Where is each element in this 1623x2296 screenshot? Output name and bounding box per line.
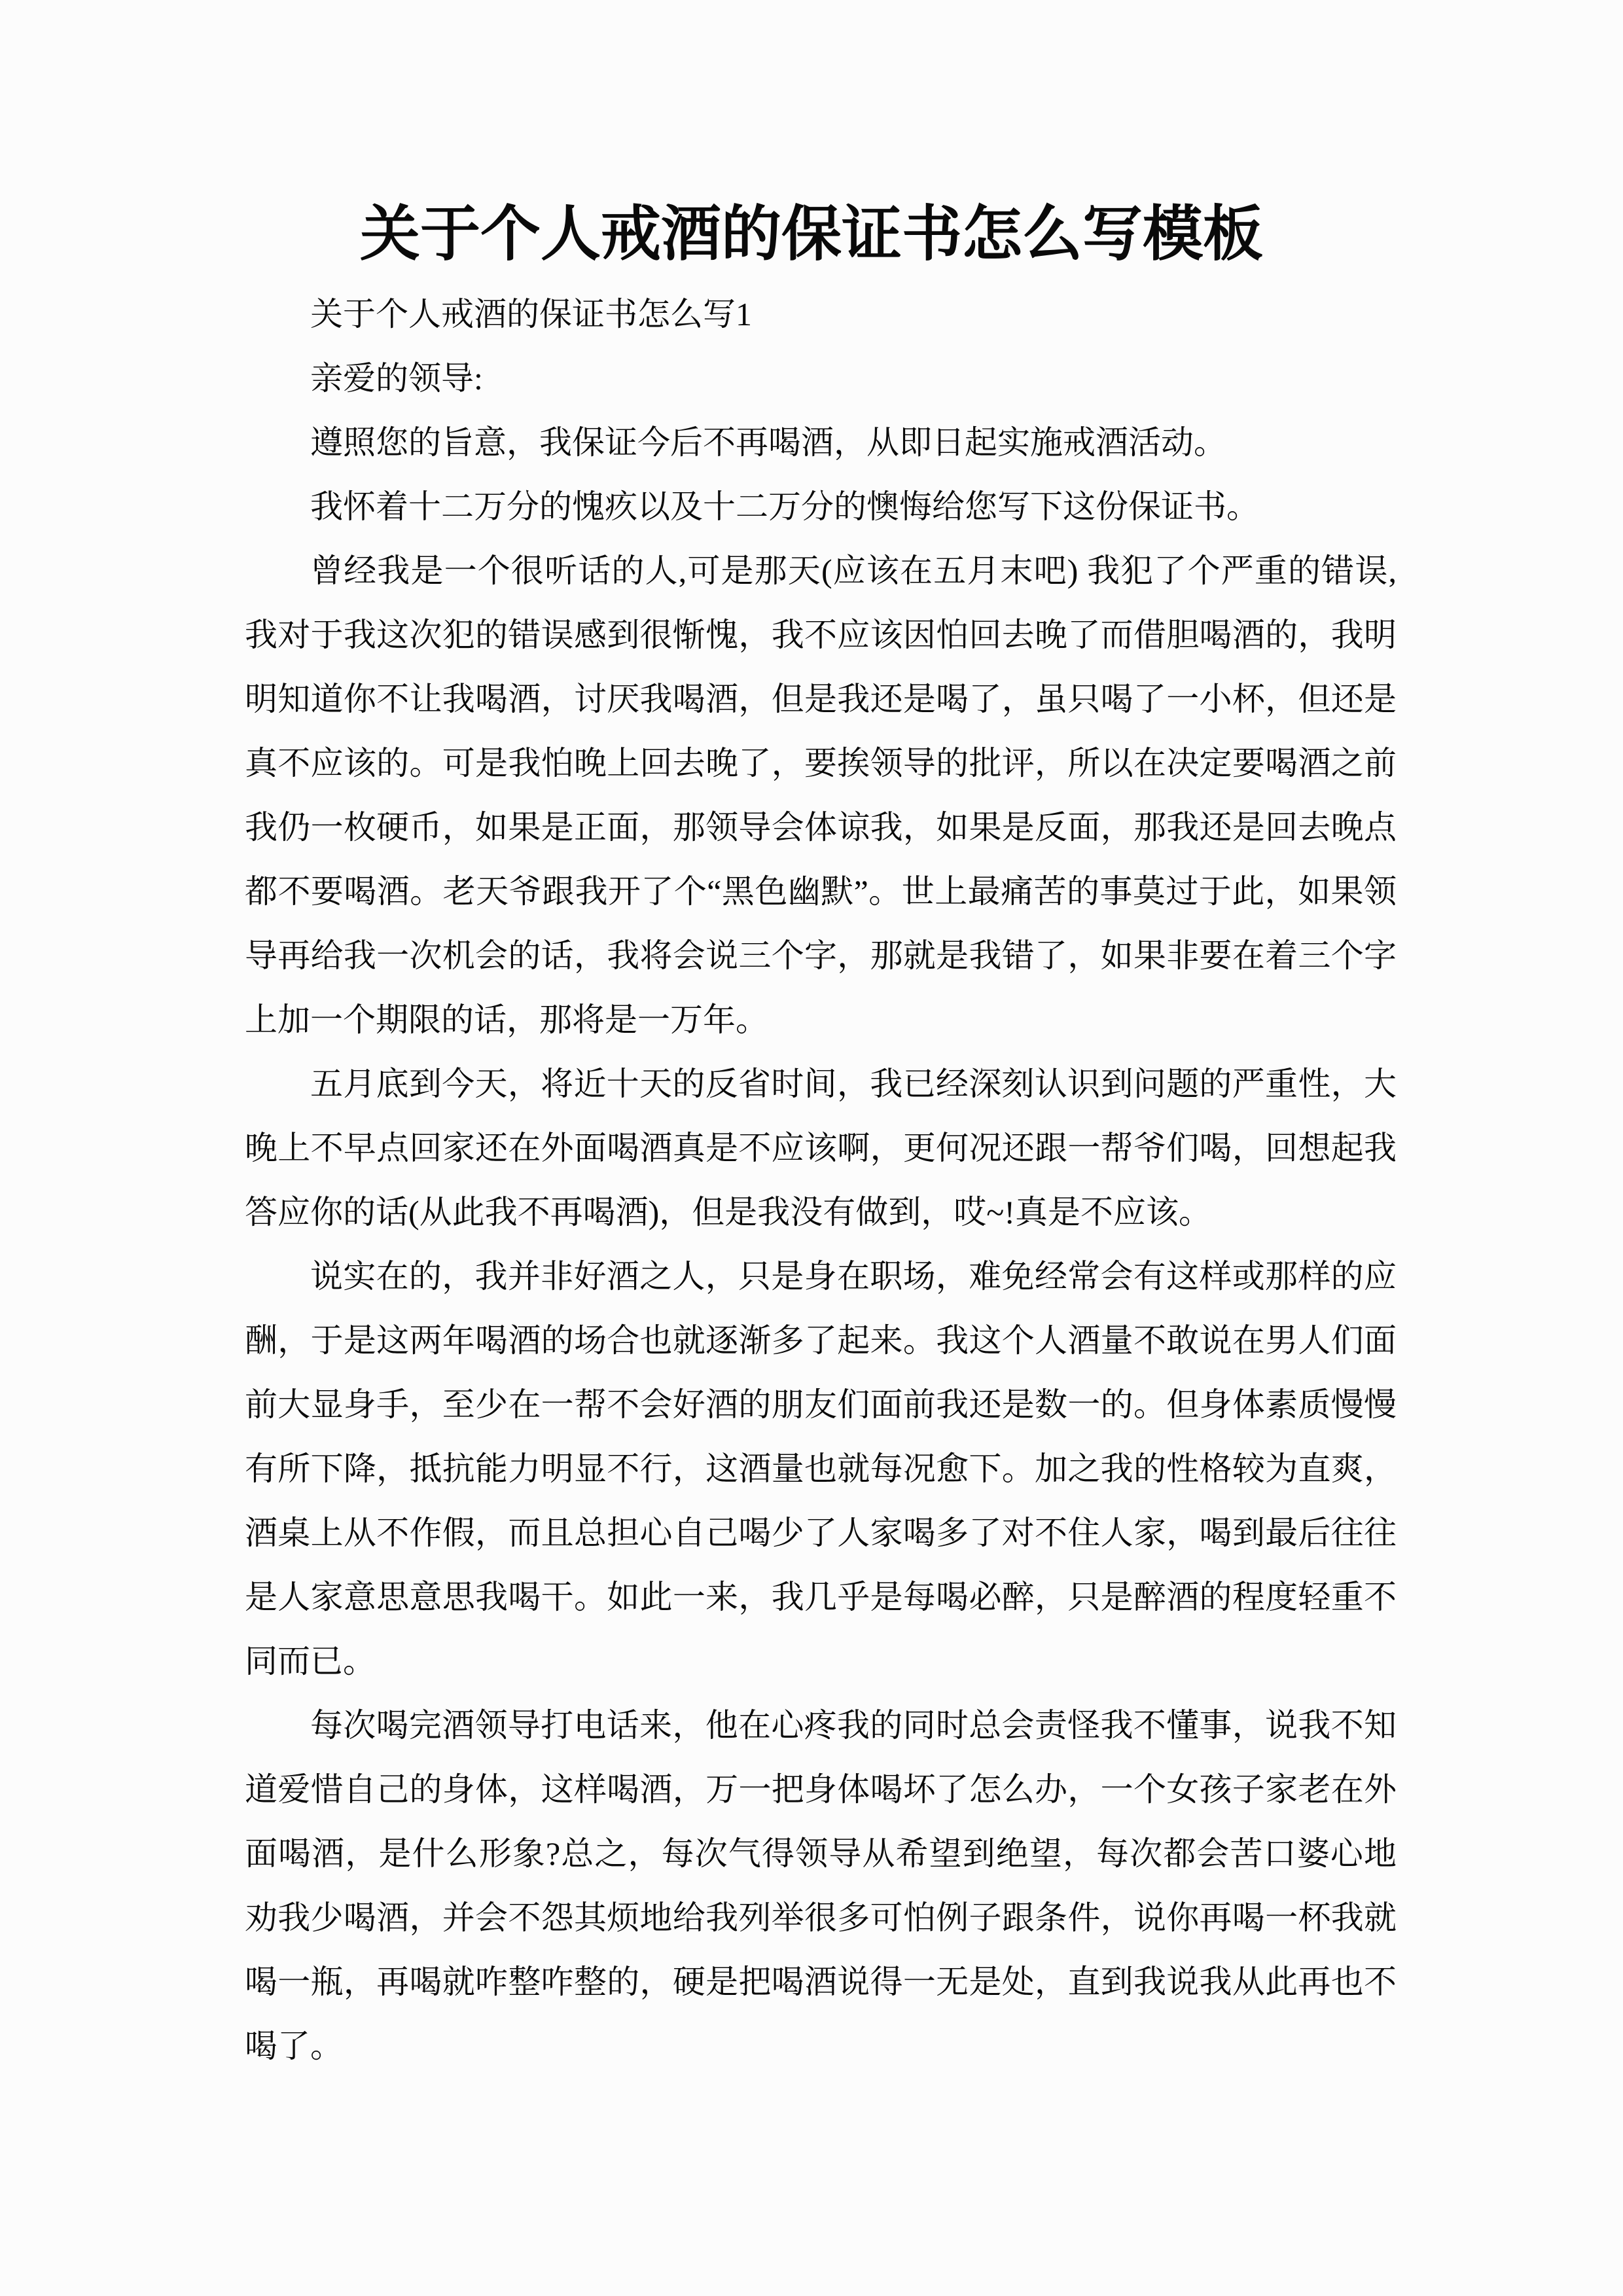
paragraph: 遵照您的旨意，我保证今后不再喝酒，从即日起实施戒酒活动。: [245, 410, 1397, 475]
paragraph: 我怀着十二万分的愧疚以及十二万分的懊悔给您写下这份保证书。: [245, 475, 1397, 539]
document-body: 关于个人戒酒的保证书怎么写1 亲爱的领导: 遵照您的旨意，我保证今后不再喝酒，从…: [245, 282, 1397, 2078]
paragraph: 五月底到今天，将近十天的反省时间，我已经深刻认识到问题的严重性，大晚上不早点回家…: [245, 1052, 1397, 1244]
paragraph-subtitle: 关于个人戒酒的保证书怎么写1: [245, 282, 1397, 346]
paragraph: 说实在的，我并非好酒之人，只是身在职场，难免经常会有这样或那样的应酬，于是这两年…: [245, 1244, 1397, 1693]
document-page: 关于个人戒酒的保证书怎么写模板 关于个人戒酒的保证书怎么写1 亲爱的领导: 遵照…: [0, 0, 1623, 2296]
paragraph-salutation: 亲爱的领导:: [245, 346, 1397, 410]
paragraph: 曾经我是一个很听话的人,可是那天(应该在五月末吧) 我犯了个严重的错误,我对于我…: [245, 539, 1397, 1052]
document-title: 关于个人戒酒的保证书怎么写模板: [0, 203, 1623, 266]
paragraph: 每次喝完酒领导打电话来，他在心疼我的同时总会责怪我不懂事，说我不知道爱惜自己的身…: [245, 1693, 1397, 2078]
